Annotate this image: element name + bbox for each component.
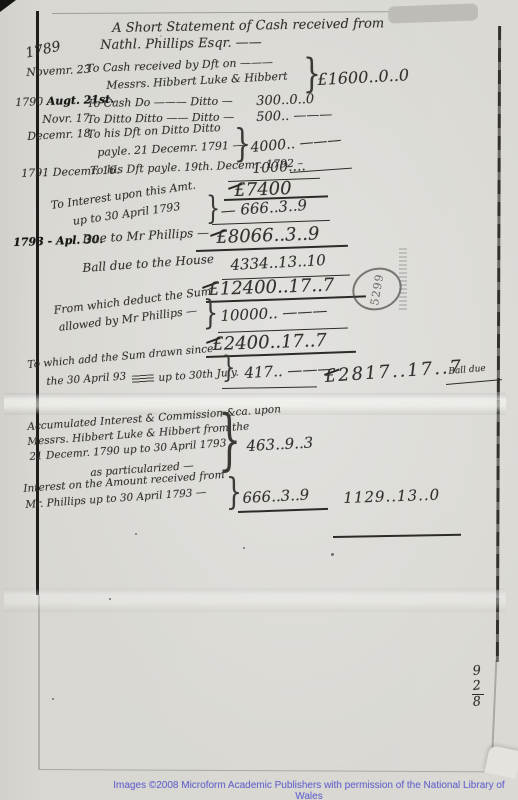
underline-666 <box>238 508 328 513</box>
right-edge-line <box>496 26 501 662</box>
stamp-number: 5299 <box>368 272 386 306</box>
accumulated-brace: } <box>218 410 241 469</box>
document-title-line2: Nathl. Phillips Esqr. —— <box>100 35 262 53</box>
struck-out-word <box>132 374 155 384</box>
margin-numbering: 9 2 8 <box>472 664 484 710</box>
balance-text: Ball due to the House <box>82 252 214 275</box>
addition-line1: To which add the Sum drawn since <box>27 343 214 371</box>
row4-brace: } <box>234 126 251 160</box>
margin-digit-3: 8 <box>472 694 486 710</box>
row2-amount: 300..0..0 <box>256 92 314 109</box>
left-fold-faint <box>38 595 40 770</box>
row4-desc2: payle. 21 Decemr. 1791 — <box>97 138 244 159</box>
addition-amount: 417.. ——— <box>244 359 333 382</box>
row2-year: 1790 <box>15 95 47 109</box>
margin-digit-1: 9 <box>472 663 486 679</box>
addition-brace: } <box>222 354 235 381</box>
bottom-edge-line <box>40 769 498 772</box>
underline-ball-due <box>446 379 502 385</box>
fold-crease-2 <box>4 588 506 612</box>
year-1789: 1789 <box>24 39 62 62</box>
ink-speck <box>135 533 137 535</box>
corner-wedge <box>0 0 16 12</box>
ink-speck <box>109 598 111 600</box>
interest-brace: } <box>206 194 220 223</box>
scanned-document: A Short Statement of Cash received from … <box>0 0 518 800</box>
interest2-brace: } <box>226 477 242 509</box>
due-text: Due to Mr Phillips — <box>82 225 209 246</box>
margin-digit-2: 2 <box>472 678 486 694</box>
row2-desc: To Cash Do ——— Ditto — <box>87 94 233 110</box>
row4-amount: 4000.. ——— <box>250 132 342 156</box>
ink-speck <box>331 553 334 556</box>
underline-1129 <box>333 534 461 538</box>
bottom-right-curl <box>484 745 518 779</box>
row4-date: Decemr. 18 <box>27 127 91 143</box>
deduct-brace: } <box>203 298 218 329</box>
addition-line2a: the 30 April 93 <box>46 370 127 388</box>
row1-date: Novemr. 23 <box>26 63 91 79</box>
interest2-amount: 666..3..9 <box>242 486 310 507</box>
row1-amount: £1600..0..0 <box>317 65 409 89</box>
row3-date: Novr. 17 <box>42 111 90 126</box>
balance-amount: 4334..13..10 <box>230 251 326 274</box>
deduct-amount: 10000.. ——— <box>220 301 328 325</box>
accumulated-amount: 463..9..3 <box>246 434 314 455</box>
due-amount: £8066..3..9 <box>216 223 320 248</box>
copyright-caption: Images ©2008 Microform Academic Publishe… <box>100 780 518 800</box>
final-balance-amount: £2817..17..7 <box>324 356 464 387</box>
ink-speck <box>52 698 54 700</box>
interest2-total: 1129..13..0 <box>343 486 440 507</box>
row5-amount: 1000.... <box>252 158 306 177</box>
ink-speck <box>243 547 245 549</box>
top-right-smudge <box>388 3 479 23</box>
underline-417 <box>222 386 317 389</box>
document-title-line1: A Short Statement of Cash received from <box>112 16 384 36</box>
row3-amount: 500.. ——— <box>256 107 333 125</box>
final-balance-label: Ball due <box>448 364 486 377</box>
faint-vertical-stamp <box>399 248 407 310</box>
